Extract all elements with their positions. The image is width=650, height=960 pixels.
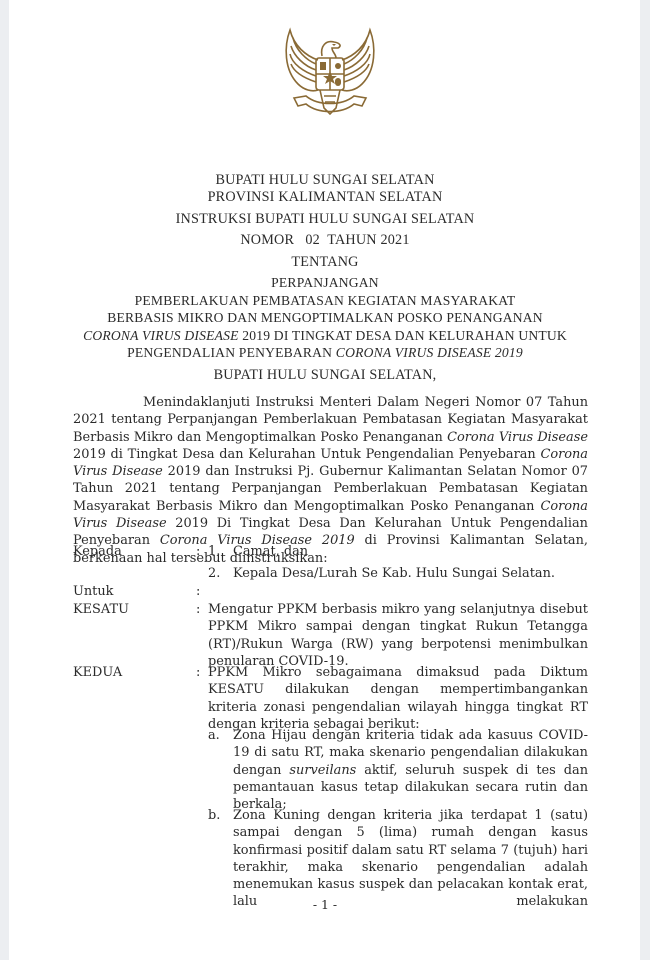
kedua-label: KEDUA [73, 664, 122, 681]
subject-line: PENGENDALIAN PENYEBARAN CORONA VIRUS DIS… [0, 344, 650, 362]
kedua-text: PPKM Mikro sebagaimana dimaksud pada Dik… [208, 664, 588, 733]
subject-line: CORONA VIRUS DISEASE 2019 DI TINGKAT DES… [0, 327, 650, 345]
subject-block: PERPANJANGAN PEMBERLAKUAN PEMBATASAN KEG… [0, 274, 650, 362]
kesatu-label: KESATU [73, 601, 129, 618]
subject-line: BERBASIS MIKRO DAN MENGOPTIMALKAN POSKO … [0, 309, 650, 327]
colon: : [196, 664, 200, 681]
header-line-regent: BUPATI HULU SUNGAI SELATAN [0, 172, 650, 189]
page-number: - 1 - [300, 897, 350, 912]
regent-header: BUPATI HULU SUNGAI SELATAN PROVINSI KALI… [0, 172, 650, 206]
instruction-number: NOMOR 02 TAHUN 2021 [0, 232, 650, 249]
kesatu-text: Mengatur PPKM berbasis mikro yang selanj… [208, 601, 588, 670]
colon: : [196, 601, 200, 618]
issuer-title: BUPATI HULU SUNGAI SELATAN, [0, 367, 650, 384]
instruction-title: INSTRUKSI BUPATI HULU SUNGAI SELATAN [0, 211, 650, 228]
preamble-paragraph: Menindaklanjuti Instruksi Menteri Dalam … [73, 394, 588, 567]
about-label: TENTANG [0, 254, 650, 271]
colon: : [196, 543, 200, 560]
garuda-emblem-icon [278, 26, 382, 130]
subject-line: PERPANJANGAN [0, 274, 650, 292]
untuk-label: Untuk [73, 583, 113, 600]
kepada-label: Kepada [73, 543, 122, 560]
colon: : [196, 583, 200, 600]
subject-line: PEMBERLAKUAN PEMBATASAN KEGIATAN MASYARA… [0, 292, 650, 310]
header-line-province: PROVINSI KALIMANTAN SELATAN [0, 189, 650, 206]
